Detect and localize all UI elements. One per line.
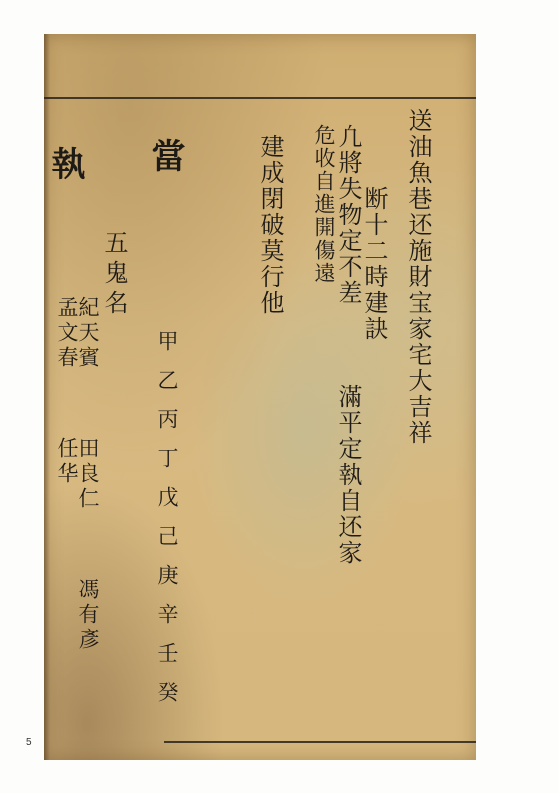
page-number: 5 [26, 737, 32, 748]
column-text: 建成閉破莫行他 [258, 134, 282, 316]
column-text: 危收自進開傷遠 [313, 124, 334, 285]
column-text: 甲乙丙丁戊己庚辛壬癸 [156, 330, 177, 720]
text-column-five-ghosts-heading: 五鬼名 [102, 230, 126, 320]
column-text: 滿平定執自还家 [336, 384, 360, 566]
text-column-heading-twelve-hours: 断十二時建訣 [362, 186, 386, 342]
text-column-ghost-names: 紀天賓 田良仁 馮有彥 孟文春 任华 [56, 296, 98, 760]
top-border-line [44, 97, 476, 99]
text-column-heavenly-stems: 甲乙丙丁戊己庚辛壬癸 [156, 330, 177, 720]
column-text: 任华 [56, 437, 77, 487]
text-column-heading-zhi: 執 [48, 146, 82, 182]
text-column-verse-continued: 建成閉破莫行他 [258, 134, 282, 316]
column-text: 田良仁 [77, 437, 98, 512]
column-text: 五鬼名 [102, 230, 126, 320]
column-text: 送油魚巷还施財宝家宅大吉祥 [406, 108, 430, 446]
column-text: 當 [148, 138, 182, 174]
text-column-blessing: 送油魚巷还施財宝家宅大吉祥 [406, 108, 430, 446]
text-column-heading-dang: 當 [148, 138, 182, 174]
manuscript-page: 送油魚巷还施財宝家宅大吉祥 断十二時建訣 凢將失物定不差 滿平定執自还家 危收自… [44, 34, 476, 760]
column-text: 紀天賓 [77, 296, 98, 371]
column-text: 執 [48, 146, 82, 182]
column-text: 馮有彥 [77, 578, 98, 653]
column-text: 孟文春 [56, 296, 77, 371]
column-text: 凢將失物定不差 [336, 124, 360, 306]
column-text: 断十二時建訣 [362, 186, 386, 342]
text-column-verse: 凢將失物定不差 滿平定執自还家 危收自進開傷遠 [312, 124, 360, 760]
